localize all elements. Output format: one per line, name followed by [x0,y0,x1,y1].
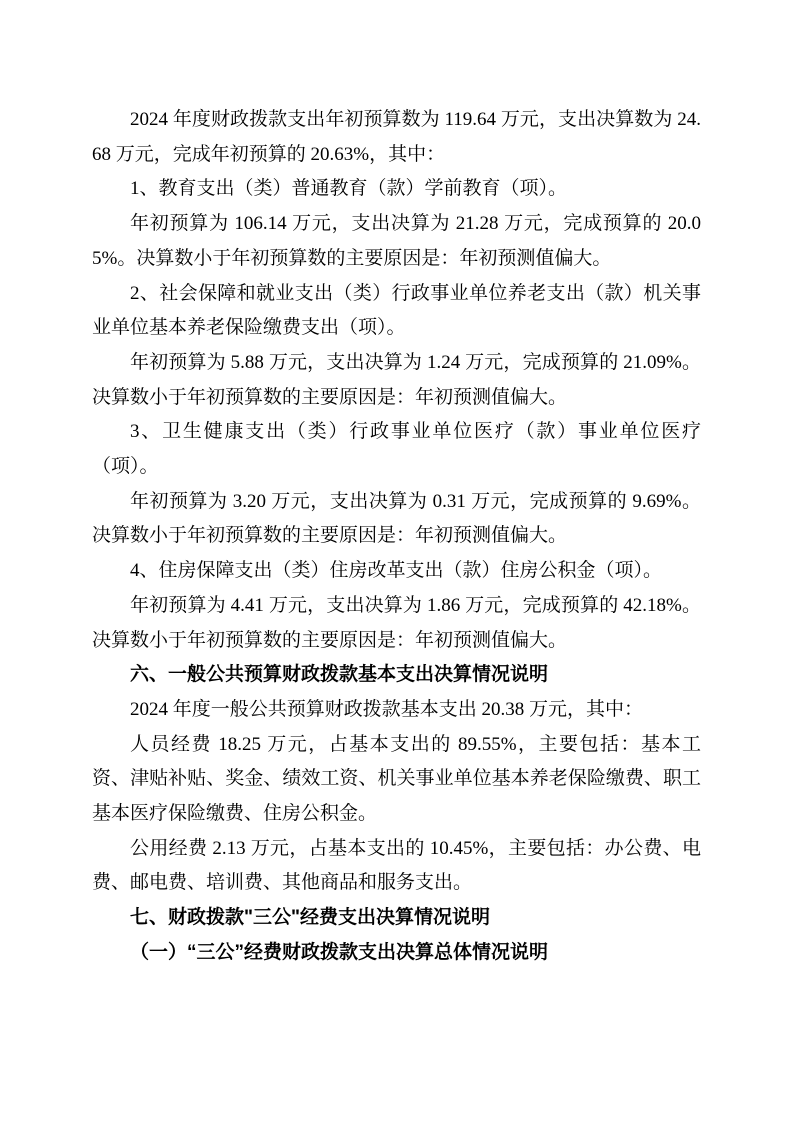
paragraph-item-3-health: 3、卫生健康支出（类）行政事业单位医疗（款）事业单位医疗（项）。 [92,415,701,484]
paragraph-item-4-detail: 年初预算为 4.41 万元，支出决算为 1.86 万元，完成预算的 42.18%… [92,589,701,658]
paragraph-item-2-social-security: 2、社会保障和就业支出（类）行政事业单位养老支出（款）机关事业单位基本养老保险缴… [92,277,701,346]
paragraph-item-2-detail: 年初预算为 5.88 万元，支出决算为 1.24 万元，完成预算的 21.09%… [92,346,701,415]
document-page: 2024 年度财政拨款支出年初预算数为 119.64 万元，支出决算数为 24.… [0,0,793,1122]
paragraph-item-1-detail: 年初预算为 106.14 万元，支出决算为 21.28 万元，完成预算的 20.… [92,207,701,276]
paragraph-personnel-funds: 人员经费 18.25 万元，占基本支出的 89.55%，主要包括：基本工资、津贴… [92,728,701,832]
paragraph-item-3-detail: 年初预算为 3.20 万元，支出决算为 0.31 万元，完成预算的 9.69%。… [92,485,701,554]
section-heading-6: 六、一般公共预算财政拨款基本支出决算情况说明 [92,658,701,693]
paragraph-expenditure-overview: 2024 年度财政拨款支出年初预算数为 119.64 万元，支出决算数为 24.… [92,103,701,172]
document-body: 2024 年度财政拨款支出年初预算数为 119.64 万元，支出决算数为 24.… [92,103,701,971]
paragraph-basic-expenditure-total: 2024 年度一般公共预算财政拨款基本支出 20.38 万元，其中： [92,693,701,728]
subsection-heading-7-1: （一）“三公”经费财政拨款支出决算总体情况说明 [92,936,701,971]
section-heading-7: 七、财政拨款"三公"经费支出决算情况说明 [92,901,701,936]
paragraph-public-funds: 公用经费 2.13 万元，占基本支出的 10.45%，主要包括：办公费、电费、邮… [92,832,701,901]
paragraph-item-4-housing: 4、住房保障支出（类）住房改革支出（款）住房公积金（项）。 [92,554,701,589]
paragraph-item-1-education: 1、教育支出（类）普通教育（款）学前教育（项）。 [92,172,701,207]
